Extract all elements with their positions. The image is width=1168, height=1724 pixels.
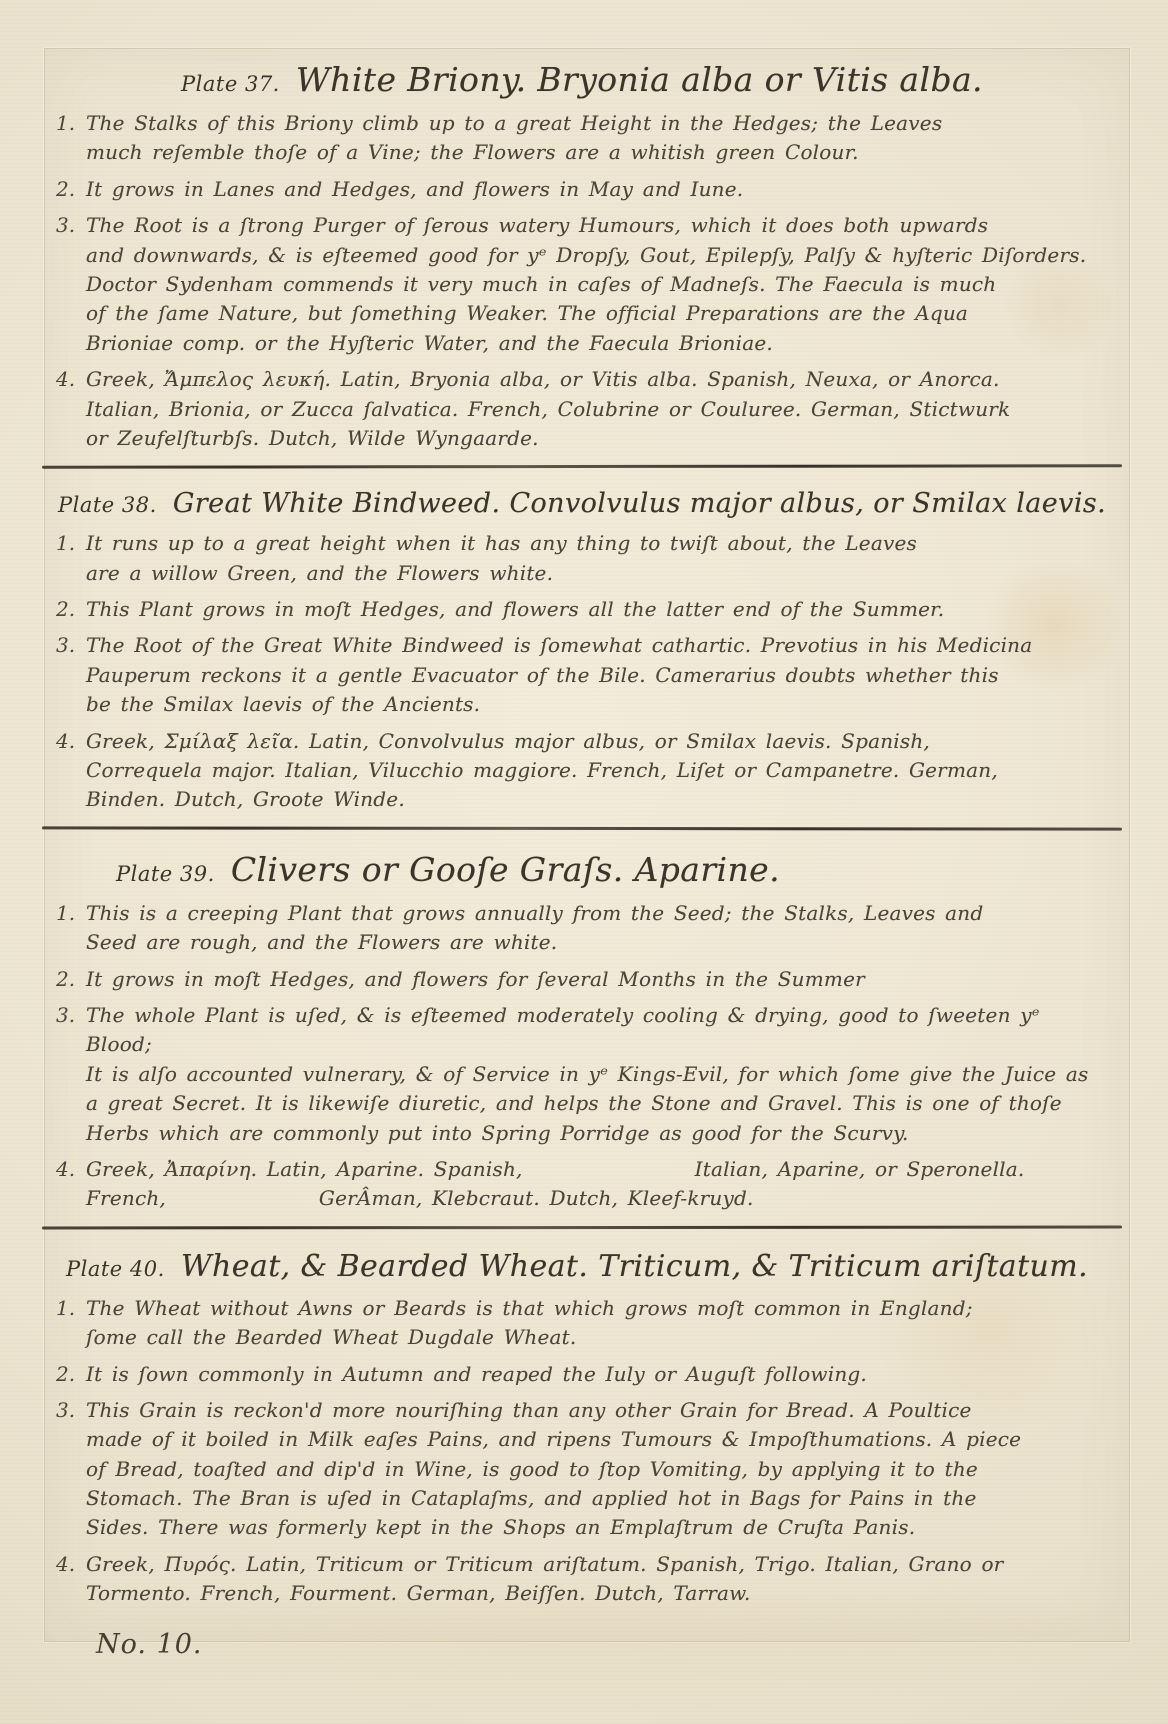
item-text: This Plant grows in moſt Hedges, and flo… [86, 595, 1108, 624]
item-text: It is ſown commonly in Autumn and reaped… [86, 1360, 1108, 1389]
list-item: 1. The Stalks of this Briony climb up to… [56, 109, 1108, 168]
section-divider [42, 465, 1122, 470]
list-item: 1. It runs up to a great height when it … [56, 529, 1108, 588]
list-item: 3. The Root of the Great White Bindweed … [56, 631, 1108, 719]
plate-label: Plate 38. [58, 493, 157, 517]
item-number: 3. [56, 211, 86, 358]
item-number: 4. [56, 727, 86, 815]
item-text: This Grain is reckon'd more nouriſhing t… [86, 1396, 1108, 1543]
item-text: The Root of the Great White Bindweed is … [86, 631, 1108, 719]
issue-number: No. 10. [96, 1629, 1108, 1660]
plate-title: Clivers or Gooſe Graſs. Aparine. [231, 850, 780, 889]
list-item: 1. The Wheat without Awns or Beards is t… [56, 1294, 1108, 1353]
item-number: 4. [56, 1155, 86, 1214]
item-text: Greek, Ἄμπελος λευκή. Latin, Bryonia alb… [86, 365, 1108, 453]
list-item: 2. It is ſown commonly in Autumn and rea… [56, 1360, 1108, 1389]
plate-38-heading: Plate 38.Great White Bindweed. Convolvul… [56, 488, 1108, 519]
item-text: The Wheat without Awns or Beards is that… [86, 1294, 1108, 1353]
plate-title: White Briony. Bryonia alba or Vitis alba… [296, 60, 983, 99]
list-item: 3. The Root is a ſtrong Purger of ſerous… [56, 211, 1108, 358]
item-text: It runs up to a great height when it has… [86, 529, 1108, 588]
page-content: Plate 37.White Briony. Bryonia alba or V… [56, 60, 1108, 1660]
plate-40-heading: Plate 40.Wheat, & Bearded Wheat. Triticu… [56, 1249, 1108, 1284]
list-item: 1. This is a creeping Plant that grows a… [56, 899, 1108, 958]
list-item: 2. It grows in Lanes and Hedges, and flo… [56, 175, 1108, 204]
item-number: 1. [56, 529, 86, 588]
list-item: 4. Greek, Ἀπαρίνη. Latin, Aparine. Spani… [56, 1155, 1108, 1214]
item-number: 2. [56, 965, 86, 994]
item-number: 1. [56, 109, 86, 168]
item-text: This is a creeping Plant that grows annu… [86, 899, 1108, 958]
item-text: The whole Plant is uſed, & is eſteemed m… [86, 1001, 1108, 1148]
plate-label: Plate 39. [116, 862, 215, 886]
item-number: 2. [56, 1360, 86, 1389]
list-item: 4. Greek, Πυρός. Latin, Triticum or Trit… [56, 1550, 1108, 1609]
plate-title: Great White Bindweed. Convolvulus major … [173, 488, 1106, 519]
item-number: 2. [56, 595, 86, 624]
item-number: 4. [56, 1550, 86, 1609]
plate-title: Wheat, & Bearded Wheat. Triticum, & Trit… [181, 1249, 1088, 1284]
item-text: The Root is a ſtrong Purger of ſerous wa… [86, 211, 1108, 358]
item-number: 2. [56, 175, 86, 204]
list-item: 2. It grows in moſt Hedges, and flowers … [56, 965, 1108, 994]
item-number: 3. [56, 1001, 86, 1148]
plate-label: Plate 40. [66, 1257, 165, 1281]
list-item: 2. This Plant grows in moſt Hedges, and … [56, 595, 1108, 624]
item-number: 1. [56, 1294, 86, 1353]
item-number: 3. [56, 631, 86, 719]
list-item: 3. This Grain is reckon'd more nouriſhin… [56, 1396, 1108, 1543]
item-text: Greek, Πυρός. Latin, Triticum or Triticu… [86, 1550, 1108, 1609]
item-text: It grows in Lanes and Hedges, and flower… [86, 175, 1108, 204]
item-number: 1. [56, 899, 86, 958]
list-item: 4. Greek, Ἄμπελος λευκή. Latin, Bryonia … [56, 365, 1108, 453]
item-text: Greek, Ἀπαρίνη. Latin, Aparine. Spanish,… [86, 1155, 1108, 1214]
herbal-text-page: Plate 37.White Briony. Bryonia alba or V… [0, 0, 1168, 1724]
section-divider [42, 1225, 1122, 1229]
section-divider [42, 826, 1122, 830]
item-text: The Stalks of this Briony climb up to a … [86, 109, 1108, 168]
item-number: 4. [56, 365, 86, 453]
plate-label: Plate 37. [181, 72, 280, 96]
item-number: 3. [56, 1396, 86, 1543]
item-text: It grows in moſt Hedges, and flowers for… [86, 965, 1108, 994]
plate-37-heading: Plate 37.White Briony. Bryonia alba or V… [56, 60, 1108, 99]
list-item: 3. The whole Plant is uſed, & is eſteeme… [56, 1001, 1108, 1148]
plate-39-heading: Plate 39.Clivers or Gooſe Graſs. Aparine… [56, 850, 1108, 889]
item-text: Greek, Σμίλαξ λεῖα. Latin, Convolvulus m… [86, 727, 1108, 815]
list-item: 4. Greek, Σμίλαξ λεῖα. Latin, Convolvulu… [56, 727, 1108, 815]
